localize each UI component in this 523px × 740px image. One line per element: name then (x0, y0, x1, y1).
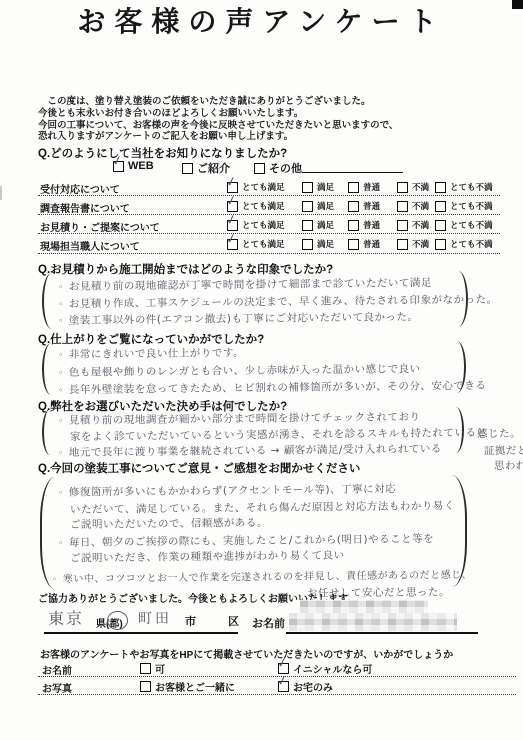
handwritten-answer: お見積り作成、工事スケジュールの決定まで、早く進み、待たされる印象がなかった。 (58, 292, 498, 312)
scale-label: 普通 (363, 200, 380, 212)
scale-label: 不満 (412, 219, 429, 231)
rating-cell[interactable]: とても不満 (435, 181, 493, 193)
intro-line: 今回の工事について、お客様の声を今後に反映させていただきたいと思いますので、 (38, 120, 398, 132)
option-referral[interactable]: ご紹介 (182, 160, 230, 176)
rating-cell[interactable]: とても満足 (227, 238, 285, 250)
handwritten-answer: ご説明いただき、作業の種類や進捗がわかり易くて良い (70, 548, 345, 566)
intro-line: この度は、塗り替え塗装のご依頼をいただき誠にありがとうございました。 (38, 96, 398, 108)
scale-label: 普通 (363, 238, 380, 250)
row-divider (38, 253, 500, 254)
row-divider (38, 233, 500, 234)
rating-cell[interactable]: 満足 (302, 200, 334, 212)
question-label: Q.お見積りから施工開始まではどのような印象でしたか? (38, 261, 333, 277)
rating-row-label: 現場担当職人について (40, 238, 140, 253)
option-other[interactable]: その他 (254, 160, 302, 176)
checkbox-satisfied[interactable] (302, 182, 313, 193)
row-divider (38, 694, 516, 695)
intro-line: 恐れ入りますがアンケートのご記入をお願い申し上げます。 (38, 131, 398, 143)
rating-cell[interactable]: 不満 (397, 238, 429, 250)
rating-cell[interactable]: 満足 (302, 219, 334, 231)
rating-cell[interactable]: 満足 (302, 181, 334, 193)
hand-bracket-left (42, 409, 57, 455)
scale-label: とても不満 (450, 200, 493, 212)
handwritten-answer: 修復箇所が多いにもかかわらず(アクセントモール等)、丁寧に対応 (58, 481, 396, 500)
checkbox-very-dissatisfied[interactable] (435, 201, 446, 212)
handwritten-answer: 非常にきれいで良い仕上がりです。 (58, 345, 244, 362)
scale-label: とても満足 (242, 200, 285, 212)
question-label: Q.今回の塗装工事についてご意見・ご感想をお聞かせください (38, 460, 360, 476)
handwritten-answer: 寒い中、コツコツとお一人で作業を完遂されるのを拝見し、責任感があるのだと感じ、 (52, 566, 472, 585)
publish-photo-with-customer[interactable]: お客様とご一緒に (140, 679, 235, 694)
checkbox-satisfied[interactable] (302, 201, 313, 212)
option-other-label: その他 (269, 160, 302, 176)
handwritten-answer: 塗装工事以外の件(エアコン撤去)も丁寧にご対応いただいて良かった。 (58, 309, 419, 328)
rating-cell[interactable]: とても不満 (435, 200, 493, 212)
scale-label: とても不満 (450, 219, 493, 231)
rating-cell[interactable]: 普通 (348, 219, 380, 231)
publish-question: お客様のアンケートやお写真をHPにて掲載させていただきたいのですが、いかがでしょ… (40, 646, 453, 661)
rating-cell[interactable]: 普通 (348, 181, 380, 193)
checkbox-satisfied[interactable] (302, 239, 313, 250)
name-write-in-blank[interactable] (286, 632, 478, 634)
handwritten-prefecture: 東京 (48, 606, 84, 629)
handwritten-margin-note: 証拠だと (484, 443, 523, 458)
checkbox-neutral[interactable] (348, 239, 359, 250)
checkbox-neutral[interactable] (348, 201, 359, 212)
checkbox-other[interactable] (254, 163, 265, 174)
handwritten-answer: 長年外壁塗装を怠ってきたため、ヒビ割れの補修箇所が多いが、その分、安心できる (58, 378, 487, 397)
checkbox-very-dissatisfied[interactable] (435, 239, 446, 250)
scan-artifact-edge (0, 186, 2, 200)
handwritten-answer: ご説明いただいたので、信頼感がある。 (70, 515, 268, 532)
checkbox-neutral[interactable] (348, 182, 359, 193)
rating-cell[interactable]: 不満 (397, 181, 429, 193)
checkbox-photo-house-only[interactable] (278, 681, 289, 692)
checkbox-photo-with-customer[interactable] (140, 681, 151, 692)
scale-label: とても不満 (450, 181, 493, 193)
ward-label: 区 (228, 613, 239, 629)
scale-label: 不満 (412, 238, 429, 250)
handwritten-answer: お見積り前の現地確認が丁寧で時間を掛けて細部まで診ていただいて満足 (58, 275, 432, 294)
rating-row-label: お見積り・ご提案について (40, 219, 160, 234)
publish-option-label: イニシャルなら可 (293, 661, 372, 676)
hand-bracket-left (42, 343, 57, 395)
publish-row-label: お名前 (42, 662, 72, 677)
checkbox-name-initials[interactable] (278, 663, 289, 674)
intro-paragraph: この度は、塗り替え塗装のご依頼をいただき誠にありがとうございました。 今後とも末… (38, 96, 398, 143)
page-title: お客様の声アンケート (0, 0, 523, 40)
publish-option-label: お客様とご一緒に (155, 679, 235, 694)
survey-scan-page: お客様の声アンケート この度は、塗り替え塗装のご依頼をいただき誠にありがとうござ… (0, 0, 523, 740)
option-web[interactable]: WEB (113, 160, 154, 172)
rating-row-label: 調査報告書について (40, 200, 130, 215)
checkbox-dissatisfied[interactable] (397, 239, 408, 250)
rating-row-label: 受付対応について (40, 181, 120, 196)
rating-cell[interactable]: とても不満 (435, 219, 493, 231)
publish-row-label: お写真 (42, 680, 72, 695)
redacted-name-upper (300, 600, 428, 613)
checkbox-very-satisfied[interactable] (227, 201, 238, 212)
publish-option-label: 可 (155, 661, 165, 676)
checkbox-name-ok[interactable] (140, 663, 151, 674)
rating-cell[interactable]: とても不満 (435, 238, 493, 250)
checkbox-neutral[interactable] (348, 220, 359, 231)
rating-cell[interactable]: 不満 (397, 200, 429, 212)
scale-label: 不満 (412, 181, 429, 193)
rating-cell[interactable]: 普通 (348, 238, 380, 250)
other-write-in-blank[interactable] (302, 172, 403, 173)
name-label: お名前 (252, 615, 285, 631)
checkbox-dissatisfied[interactable] (397, 182, 408, 193)
scale-label: 普通 (363, 219, 380, 231)
rating-cell[interactable]: 不満 (397, 219, 429, 231)
checkbox-very-satisfied[interactable] (227, 182, 238, 193)
row-divider (38, 195, 500, 196)
checkbox-very-dissatisfied[interactable] (435, 220, 446, 231)
checkbox-very-satisfied[interactable] (227, 220, 238, 231)
handwritten-answer: 毎日、朝夕のご挨拶の際にも、実施したこと/これから(明日)やること等を (58, 531, 434, 550)
option-referral-label: ご紹介 (197, 160, 230, 176)
handwritten-answer: 地元で長年に渡り事業を継続されている → 顧客が満足/受け入れられている (58, 441, 442, 460)
scale-label: 満足 (317, 181, 334, 193)
handwritten-margin-note: 思われ (494, 458, 523, 473)
rating-cell[interactable]: とても満足 (227, 181, 285, 193)
redacted-name-lower (289, 613, 457, 631)
question-source-label: Q.どのようにして当社をお知りになりましたか? (38, 145, 287, 161)
city-label: 市 (185, 613, 196, 629)
address-write-in-blank[interactable] (44, 632, 238, 634)
scale-label: 満足 (317, 219, 334, 231)
scale-label: 不満 (412, 200, 429, 212)
option-web-label: WEB (128, 160, 154, 172)
publish-name-initials[interactable]: イニシャルなら可 (278, 661, 372, 676)
checkbox-satisfied[interactable] (302, 220, 313, 231)
handwritten-margin-note: 感じた。 (477, 426, 521, 441)
rating-cell[interactable]: とても満足 (227, 219, 285, 231)
scale-label: とても満足 (242, 219, 285, 231)
rating-cell[interactable]: 満足 (302, 238, 334, 250)
handwritten-answer: 色も屋根や飾りのレンガとも合い、少し赤味が入った温かい感じで良い (58, 361, 421, 380)
scale-label: とても不満 (450, 238, 493, 250)
handwritten-city: 町田 (138, 608, 172, 628)
row-divider (38, 214, 500, 215)
checkbox-web[interactable] (113, 161, 124, 172)
scale-label: 満足 (317, 200, 334, 212)
publish-option-label: お宅のみ (293, 679, 333, 694)
checkbox-very-satisfied[interactable] (227, 239, 238, 250)
intro-line: 今後とも末永いお付き合いのほどよろしくお願いいたします。 (38, 108, 398, 120)
checkbox-dissatisfied[interactable] (397, 220, 408, 231)
checkbox-very-dissatisfied[interactable] (435, 182, 446, 193)
checkbox-referral[interactable] (182, 163, 193, 174)
publish-name-ok[interactable]: 可 (140, 661, 165, 676)
rating-cell[interactable]: とても満足 (227, 200, 285, 212)
scale-label: とても満足 (242, 238, 285, 250)
hand-bracket-left (42, 273, 57, 329)
scale-label: 満足 (317, 238, 334, 250)
scale-label: 普通 (363, 181, 380, 193)
hand-circle-annotation (107, 611, 128, 630)
rating-cell[interactable]: 普通 (348, 200, 380, 212)
checkbox-dissatisfied[interactable] (397, 201, 408, 212)
scale-label: とても満足 (242, 181, 285, 193)
publish-photo-house-only[interactable]: お宅のみ (278, 679, 333, 694)
